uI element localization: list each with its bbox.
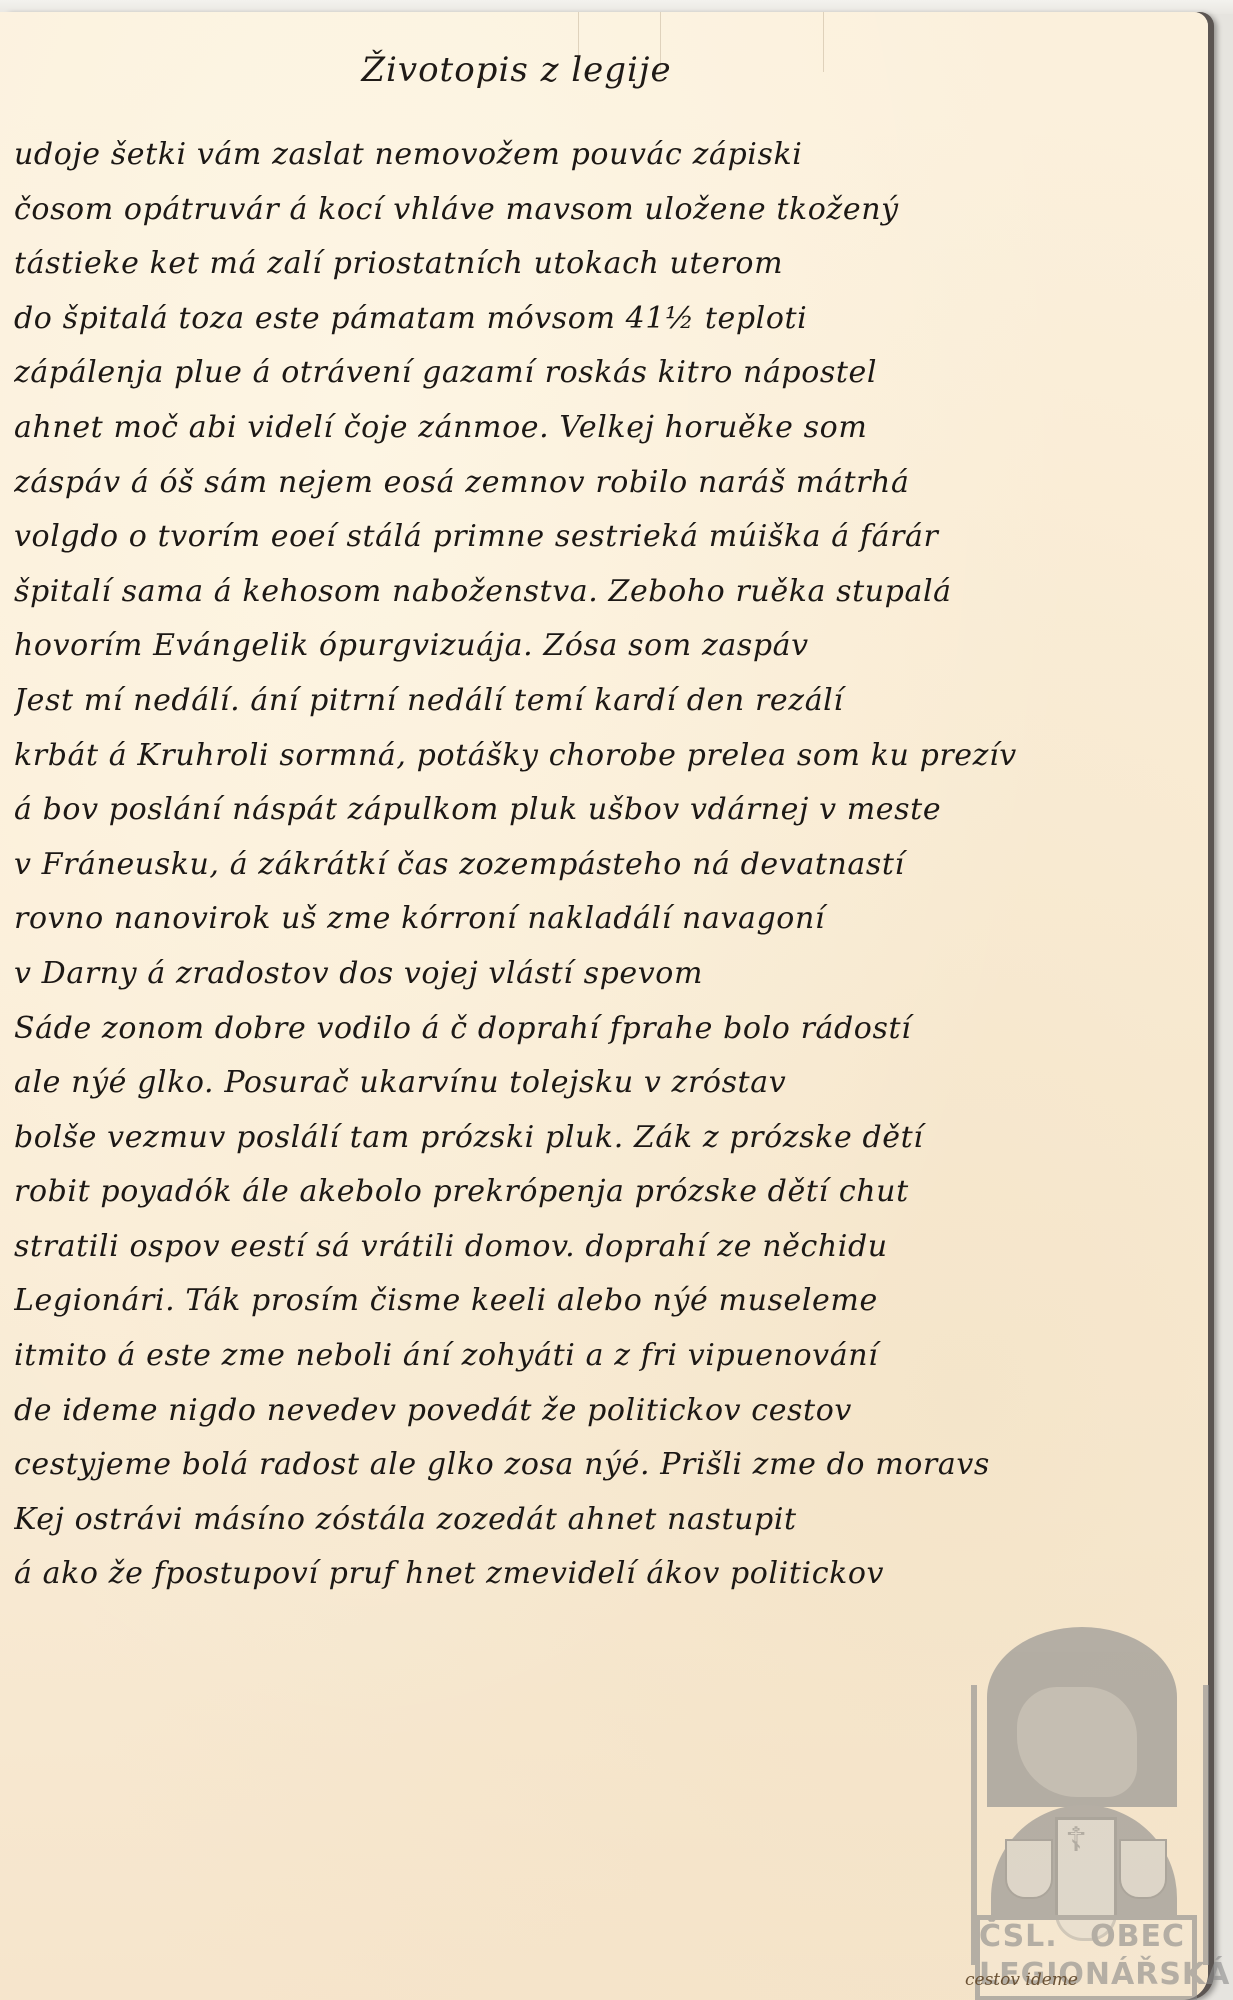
- text-line: krbát á Kruhroli sormná, potášky chorobe…: [14, 729, 1194, 784]
- handwritten-body: udoje šetki vám zaslat nemovožem pouvác …: [14, 128, 1194, 1602]
- text-line: do špitalá toza este pámatam móvsom 41½ …: [14, 292, 1194, 347]
- coat-of-arms-silesia-icon: [1119, 1839, 1167, 1899]
- text-line: stratili ospov eestí sá vrátili domov. d…: [14, 1220, 1194, 1275]
- text-line: cestyjeme bolá radost ale glko zosa nýé.…: [14, 1438, 1194, 1493]
- text-line: hovorím Evángelik ópurgvizuája. Zósa som…: [14, 619, 1194, 674]
- legion-watermark-logo: ☦ ČSL. OBEC LEGIONÁŘSKÁ: [957, 1627, 1209, 1979]
- watermark-csl: ČSL.: [979, 1919, 1058, 1954]
- text-line: á bov poslání náspát zápulkom pluk ušbov…: [14, 783, 1194, 838]
- text-line: Sáde zonom dobre vodilo á č doprahí fpra…: [14, 1002, 1194, 1057]
- text-line: udoje šetki vám zaslat nemovožem pouvác …: [14, 128, 1194, 183]
- text-line: čosom opátruvár á kocí vhláve mavsom ulo…: [14, 183, 1194, 238]
- document-title: Životopis z legije: [0, 50, 1133, 90]
- text-line: rovno nanovirok uš zme kórroní nakladálí…: [14, 892, 1194, 947]
- text-line: Kej ostrávi másíno zóstála zozedát ahnet…: [14, 1493, 1194, 1548]
- text-line: tástieke ket má zalí priostatních utokac…: [14, 237, 1194, 292]
- text-line: ale nýé glko. Posurač ukarvínu tolejsku …: [14, 1056, 1194, 1111]
- text-line: robit poyadók ále akebolo prekrópenja pr…: [14, 1165, 1194, 1220]
- watermark-obec: OBEC: [1090, 1919, 1185, 1954]
- text-line: Legionári. Ták prosím čisme keeli alebo …: [14, 1274, 1194, 1329]
- coat-of-arms-moravia-icon: [1005, 1839, 1053, 1899]
- text-line: volgdo o tvorím eoeí stálá primne sestri…: [14, 510, 1194, 565]
- double-cross-icon: ☦: [1065, 1823, 1087, 1857]
- text-line: Jest mí nedálí. ání pitrní nedálí temí k…: [14, 674, 1194, 729]
- text-line: de ideme nigdo nevedev povedát že politi…: [14, 1384, 1194, 1439]
- margin-annotation: cestov ideme: [965, 1970, 1078, 1990]
- text-line: ahnet moč abi videlí čoje zánmoe. Velkej…: [14, 401, 1194, 456]
- text-line: itmito á este zme neboli ání zohyáti a z…: [14, 1329, 1194, 1384]
- text-line: v Fráneusku, á zákrátkí čas zozempásteho…: [14, 838, 1194, 893]
- text-line: v Darny á zradostov dos vojej vlástí spe…: [14, 947, 1194, 1002]
- document-scan: Životopis z legije udoje šetki vám zasla…: [0, 0, 1233, 2000]
- soldier-face-icon: [1017, 1687, 1137, 1797]
- text-line: špitalí sama á kehosom naboženstva. Zebo…: [14, 565, 1194, 620]
- text-line: záspáv á óš sám nejem eosá zemnov robilo…: [14, 456, 1194, 511]
- text-line: á ako že fpostupoví pruf hnet zmevidelí …: [14, 1547, 1194, 1602]
- watermark-text-line1: ČSL. OBEC: [979, 1919, 1193, 1954]
- text-line: zápálenja plue á otrávení gazamí roskás …: [14, 346, 1194, 401]
- text-line: bolše vezmuv poslálí tam prózski pluk. Z…: [14, 1111, 1194, 1166]
